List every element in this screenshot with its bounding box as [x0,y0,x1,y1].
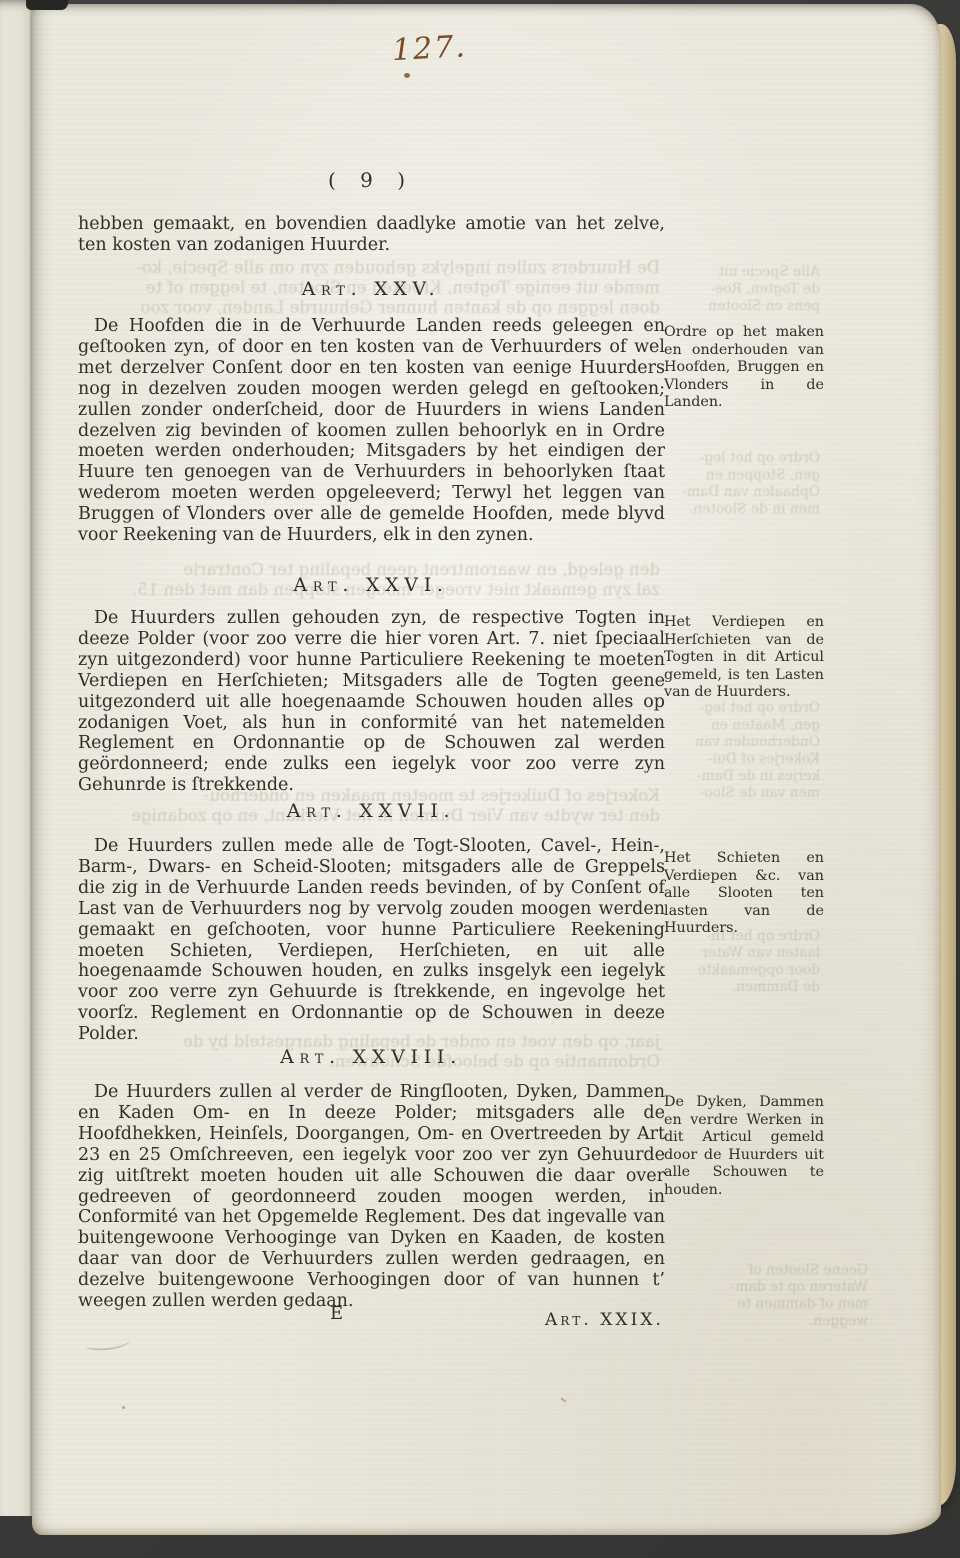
sidenote-xxvi: Het Verdiepen en Herſchieten van de Togt… [664,614,824,702]
scanned-book-page: De Huurders zullen ingelyks gehouden zyn… [0,0,960,1558]
article-heading-xxv: Art. XXV. [78,278,664,300]
article-body-xxviii: De Huurders zullen al verder de Ringſloo… [78,1082,665,1312]
article-heading-xxvii: Art. XXVII. [78,800,664,822]
sidenote-xxv: Ordre op het maken en onderhouden van Ho… [664,324,824,412]
sidenote-xxviii: De Dyken, Dammen en verdre Werken in dit… [664,1094,824,1200]
paragraph-continuation: hebben gemaakt, en bovendien daadlyke am… [78,214,665,256]
article-heading-xxvi: Art. XXVI. [78,574,664,596]
article-body-xxv: De Hoofden die in de Verhuurde Landen re… [78,316,665,546]
handwritten-folio-number: 127. [391,27,513,68]
printed-page-number: ( 9 ) [78,168,664,192]
article-body-xxvii: De Huurders zullen mede alle de Togt-Slo… [78,836,665,1045]
article-body-xxvi: De Huurders zullen gehouden zyn, de resp… [78,608,665,796]
article-heading-xxviii: Art. XXVIII. [78,1046,664,1068]
page-content: 127. ( 9 ) hebben gemaakt, en bovendien … [0,0,960,1558]
catchword: Art. XXIX. [470,1310,664,1330]
signature-mark: E [330,1303,343,1324]
sidenote-xxvii: Het Schieten en Verdiepen &c. van alle S… [664,850,824,938]
